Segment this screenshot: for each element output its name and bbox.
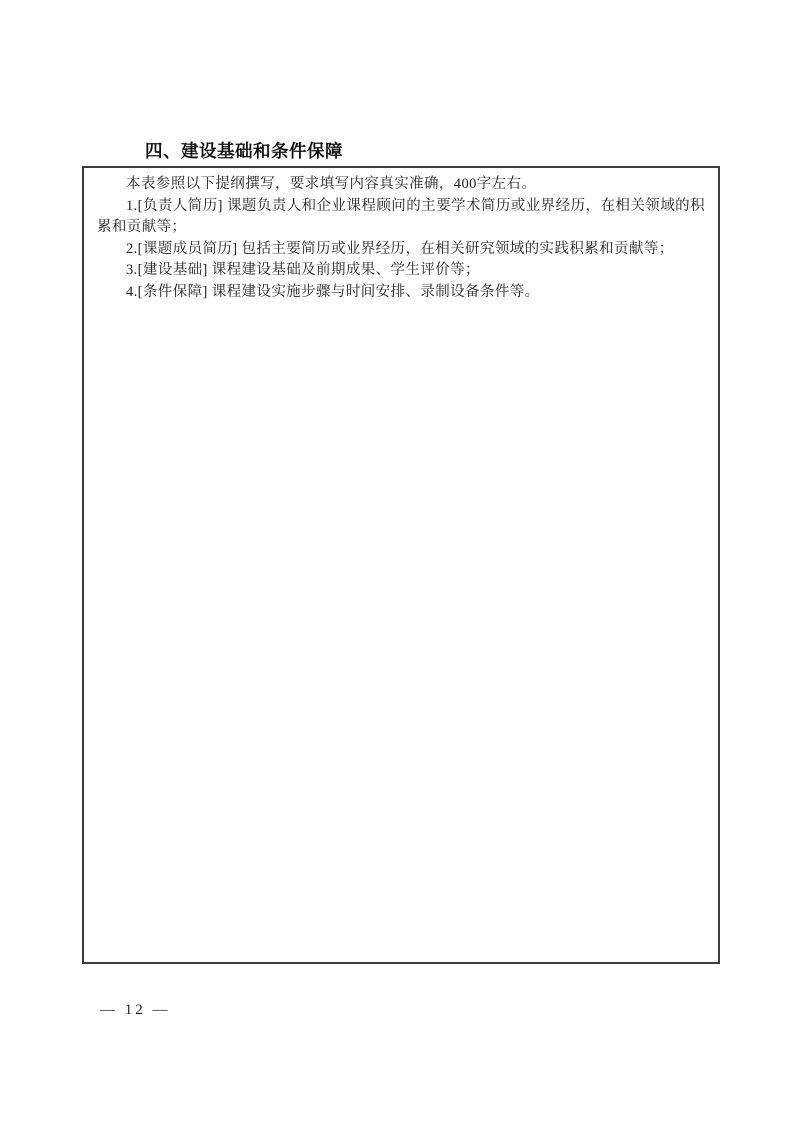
- page-number: — 12 —: [100, 1002, 171, 1019]
- instruction-item-construction-basis: 3.[建设基础] 课程建设基础及前期成果、学生评价等；: [97, 260, 705, 282]
- instruction-item-leader-resume: 1.[负责人简历] 课题负责人和企业课程顾问的主要学术简历或业界经历，在相关领域…: [97, 196, 705, 239]
- instructions-box: 本表参照以下提纲撰写，要求填写内容真实准确，400字左右。 1.[负责人简历] …: [82, 166, 720, 964]
- instructions-intro: 本表参照以下提纲撰写，要求填写内容真实准确，400字左右。: [97, 174, 705, 196]
- instruction-item-member-resume: 2.[课题成员简历] 包括主要简历或业界经历，在相关研究领域的实践积累和贡献等；: [97, 239, 705, 261]
- section-heading: 四、建设基础和条件保障: [145, 138, 343, 163]
- document-page: 四、建设基础和条件保障 本表参照以下提纲撰写，要求填写内容真实准确，400字左右…: [0, 0, 794, 1123]
- instruction-item-condition-guarantee: 4.[条件保障] 课程建设实施步骤与时间安排、录制设备条件等。: [97, 282, 705, 304]
